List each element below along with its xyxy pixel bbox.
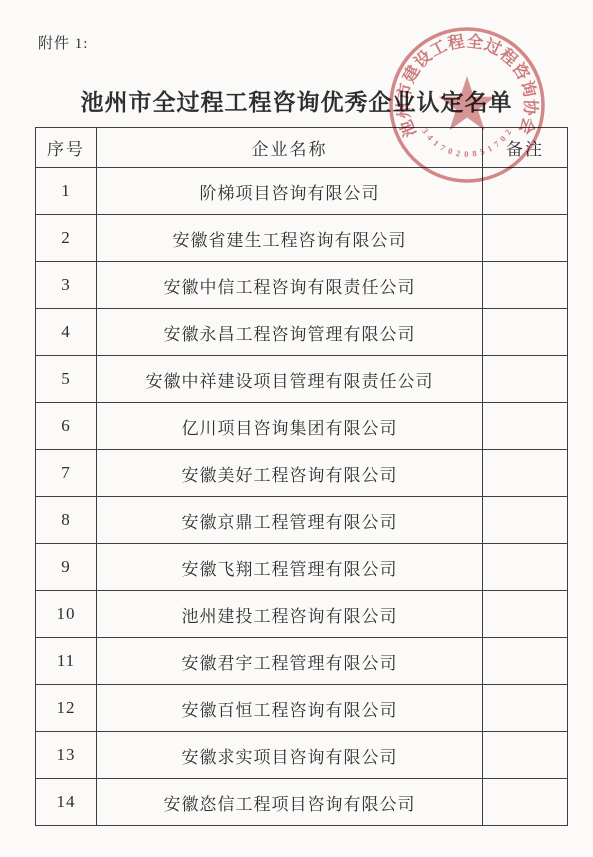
table-row: 14安徽恣信工程项目咨询有限公司 [36, 779, 568, 826]
table-row: 8安徽京鼎工程管理有限公司 [36, 497, 568, 544]
table-row: 9安徽飞翔工程管理有限公司 [36, 544, 568, 591]
table-row: 4安徽永昌工程咨询管理有限公司 [36, 309, 568, 356]
remark-cell [483, 215, 568, 262]
remark-cell [483, 403, 568, 450]
row-number: 3 [36, 262, 97, 309]
row-number: 2 [36, 215, 97, 262]
row-number: 8 [36, 497, 97, 544]
remark-cell [483, 779, 568, 826]
remark-cell [483, 591, 568, 638]
row-number: 9 [36, 544, 97, 591]
row-number: 14 [36, 779, 97, 826]
remark-cell [483, 497, 568, 544]
row-number: 7 [36, 450, 97, 497]
row-number: 10 [36, 591, 97, 638]
table-row: 5安徽中祥建设项目管理有限责任公司 [36, 356, 568, 403]
company-name: 安徽永昌工程咨询管理有限公司 [97, 309, 483, 356]
row-number: 5 [36, 356, 97, 403]
header-remark: 备注 [483, 128, 568, 168]
document-page: 附件 1: 池州市全过程工程咨询优秀企业认定名单 序号 企业名称 备注 1阶梯项… [0, 0, 593, 857]
company-name: 池州建投工程咨询有限公司 [97, 591, 483, 638]
document-title: 池州市全过程工程咨询优秀企业认定名单 [0, 84, 593, 117]
row-number: 4 [36, 309, 97, 356]
company-name: 安徽省建生工程咨询有限公司 [97, 215, 483, 262]
header-serial-number: 序号 [36, 128, 97, 168]
company-name: 阶梯项目咨询有限公司 [97, 168, 483, 215]
remark-cell [483, 168, 568, 215]
row-number: 13 [36, 732, 97, 779]
table-row: 13安徽求实项目咨询有限公司 [36, 732, 568, 779]
remark-cell [483, 309, 568, 356]
header-company-name: 企业名称 [97, 128, 483, 168]
row-number: 6 [36, 403, 97, 450]
company-name: 安徽中信工程咨询有限责任公司 [97, 262, 483, 309]
table-row: 12安徽百恒工程咨询有限公司 [36, 685, 568, 732]
table-row: 2安徽省建生工程咨询有限公司 [36, 215, 568, 262]
company-name: 安徽恣信工程项目咨询有限公司 [97, 779, 483, 826]
company-name: 安徽飞翔工程管理有限公司 [97, 544, 483, 591]
company-table: 序号 企业名称 备注 1阶梯项目咨询有限公司2安徽省建生工程咨询有限公司3安徽中… [35, 127, 568, 826]
remark-cell [483, 732, 568, 779]
table-row: 1阶梯项目咨询有限公司 [36, 168, 568, 215]
remark-cell [483, 544, 568, 591]
row-number: 11 [36, 638, 97, 685]
table-row: 10池州建投工程咨询有限公司 [36, 591, 568, 638]
remark-cell [483, 262, 568, 309]
company-name: 安徽中祥建设项目管理有限责任公司 [97, 356, 483, 403]
remark-cell [483, 638, 568, 685]
company-name: 安徽京鼎工程管理有限公司 [97, 497, 483, 544]
row-number: 1 [36, 168, 97, 215]
company-name: 安徽美好工程咨询有限公司 [97, 450, 483, 497]
table-row: 7安徽美好工程咨询有限公司 [36, 450, 568, 497]
table-row: 11安徽君宇工程管理有限公司 [36, 638, 568, 685]
company-name: 安徽君宇工程管理有限公司 [97, 638, 483, 685]
table-header-row: 序号 企业名称 备注 [36, 128, 568, 168]
company-name: 亿川项目咨询集团有限公司 [97, 403, 483, 450]
table-row: 3安徽中信工程咨询有限责任公司 [36, 262, 568, 309]
remark-cell [483, 450, 568, 497]
row-number: 12 [36, 685, 97, 732]
table-row: 6亿川项目咨询集团有限公司 [36, 403, 568, 450]
table-header: 序号 企业名称 备注 [36, 128, 568, 168]
remark-cell [483, 685, 568, 732]
table-body: 1阶梯项目咨询有限公司2安徽省建生工程咨询有限公司3安徽中信工程咨询有限责任公司… [36, 168, 568, 826]
company-name: 安徽百恒工程咨询有限公司 [97, 685, 483, 732]
remark-cell [483, 356, 568, 403]
company-name: 安徽求实项目咨询有限公司 [97, 732, 483, 779]
attachment-label: 附件 1: [38, 32, 88, 53]
